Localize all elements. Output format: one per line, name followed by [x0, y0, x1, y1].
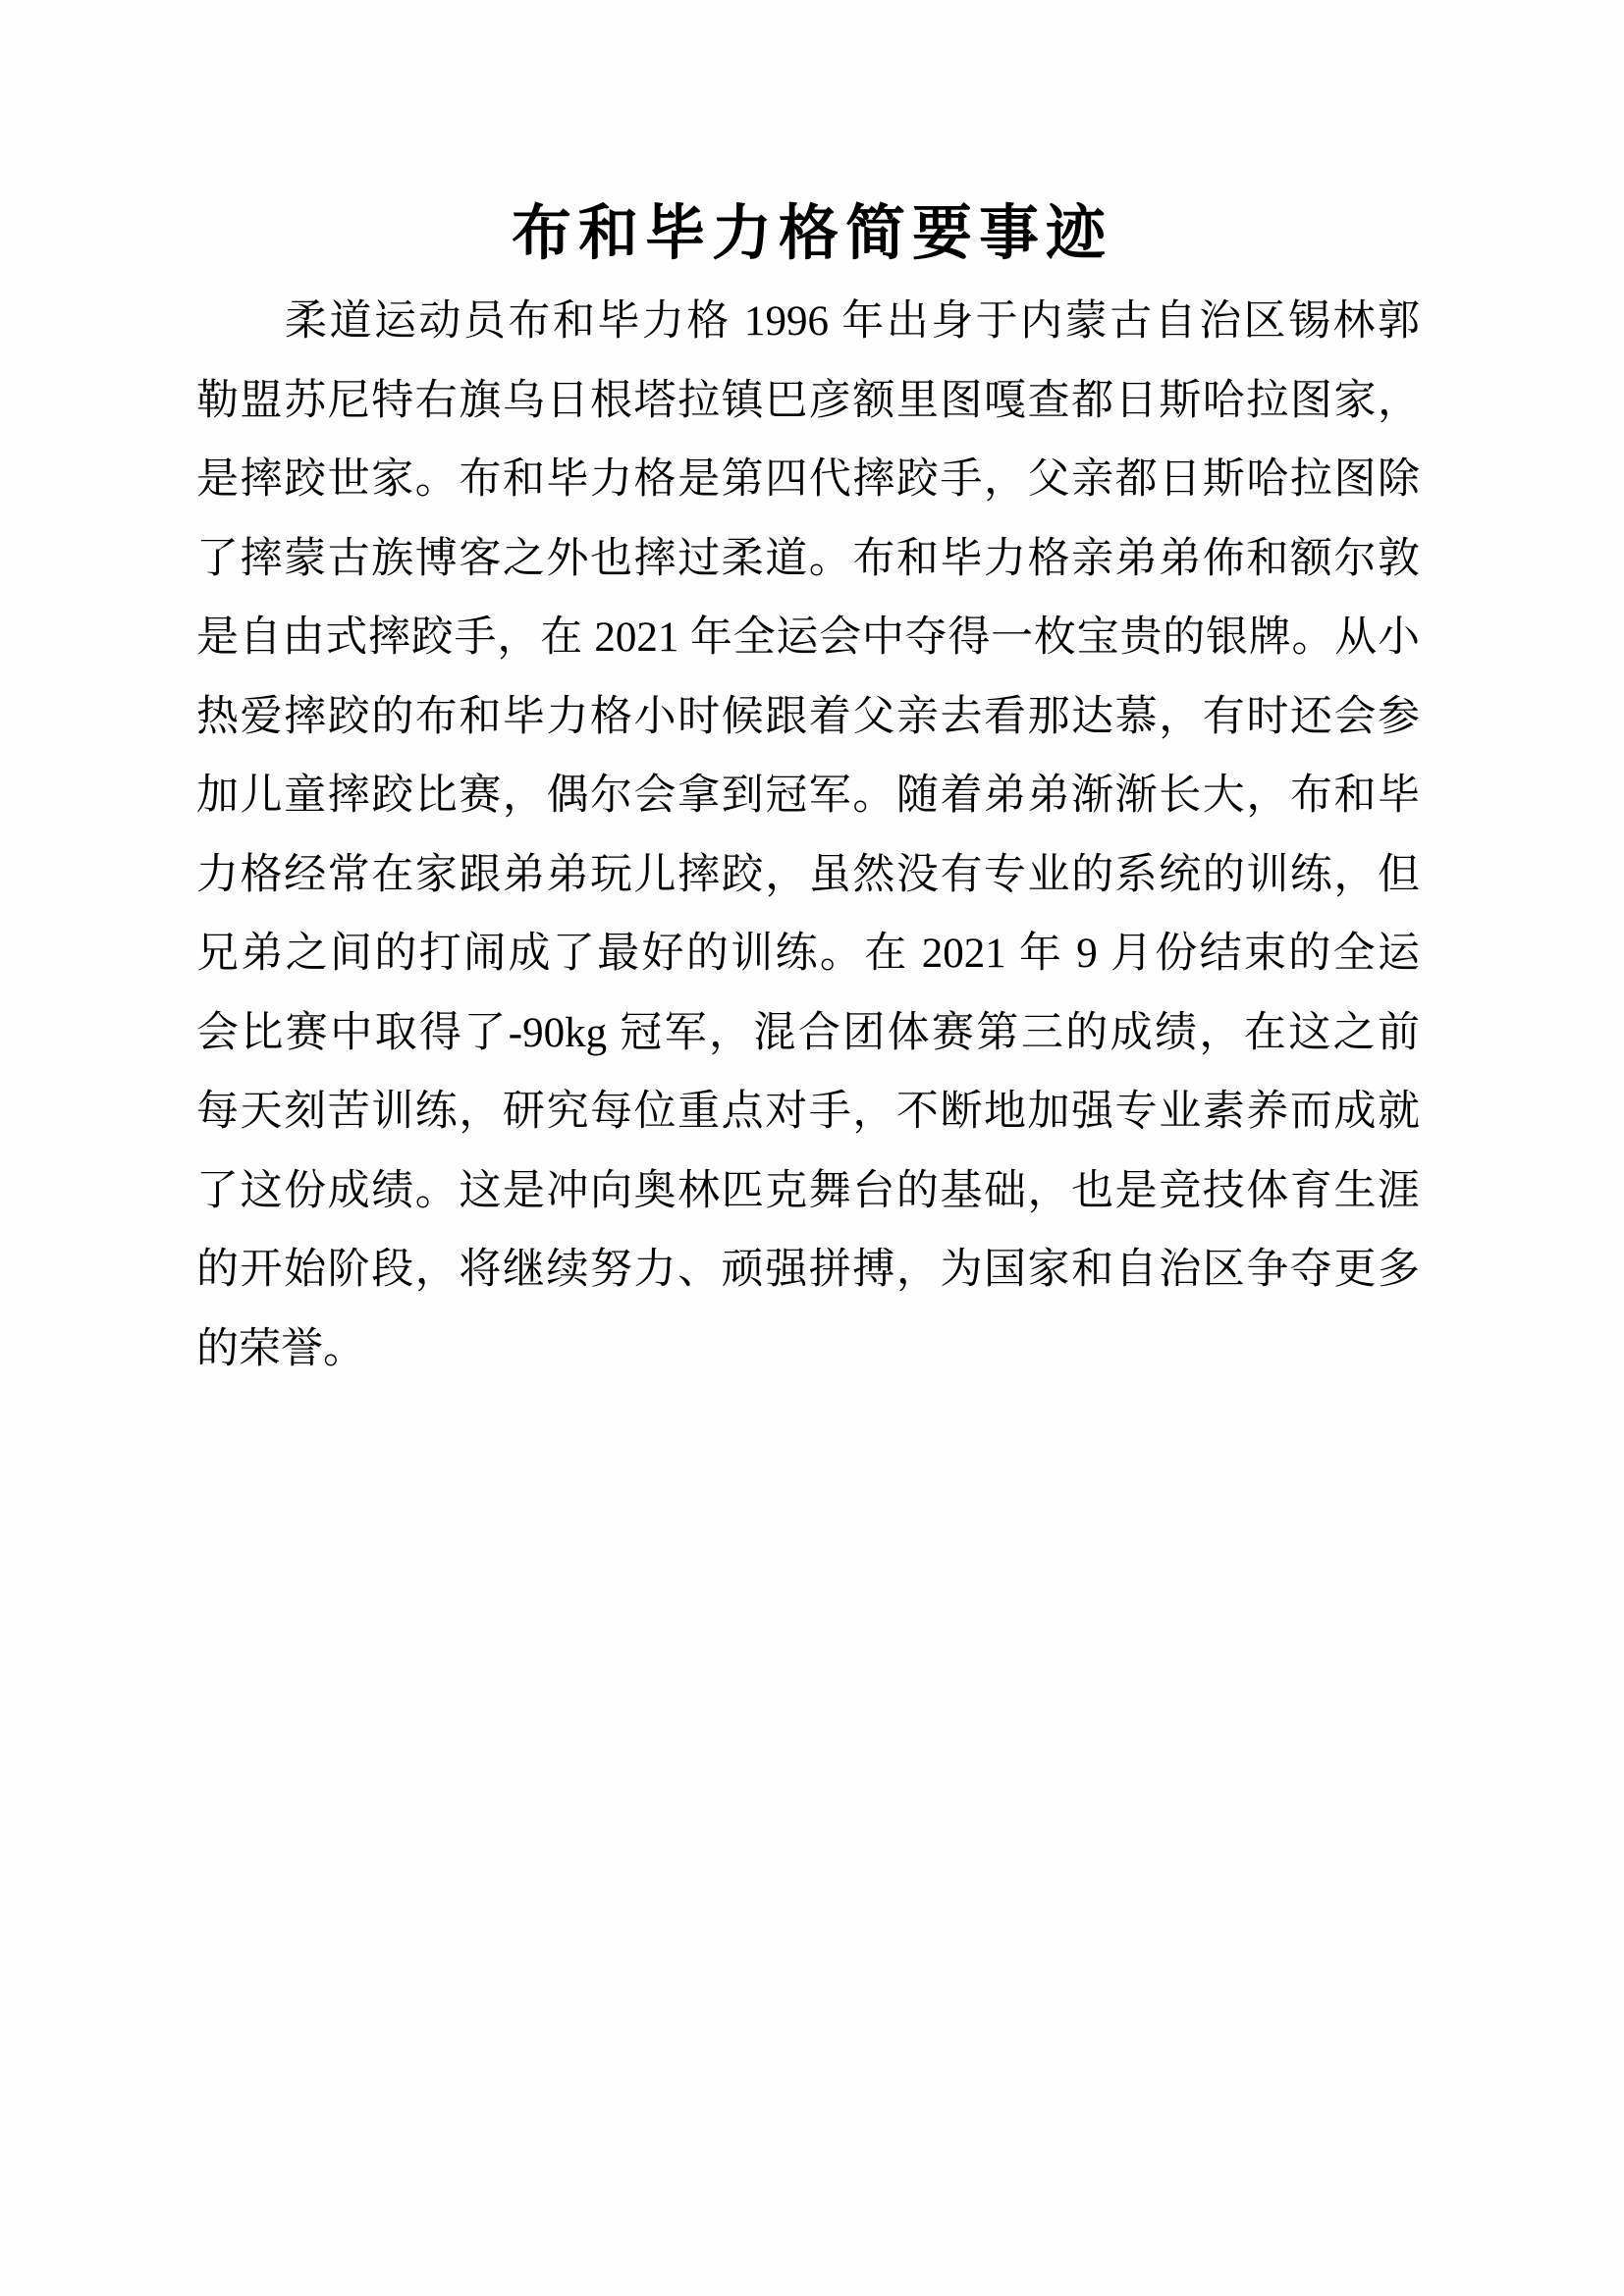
paragraph-line: 加儿童摔跤比赛，偶尔会拿到冠军。随着弟弟渐渐长大，布和毕 [196, 757, 1420, 836]
paragraph-line: 会比赛中取得了-90kg 冠军，混合团体赛第三的成绩，在这之前 [196, 994, 1420, 1074]
paragraph-line: 的荣誉。 [196, 1310, 1420, 1390]
paragraph-line: 热爱摔跤的布和毕力格小时候跟着父亲去看那达慕，有时还会参 [196, 678, 1420, 758]
document-page: 布和毕力格简要事迹 柔道运动员布和毕力格 1996 年出身于内蒙古自治区锡林郭 … [0, 0, 1624, 2296]
paragraph-line: 了这份成绩。这是冲向奥林匹克舞台的基础，也是竞技体育生涯 [196, 1152, 1420, 1232]
document-title: 布和毕力格简要事迹 [0, 194, 1624, 275]
document-body: 柔道运动员布和毕力格 1996 年出身于内蒙古自治区锡林郭 勒盟苏尼特右旗乌日根… [196, 283, 1420, 1389]
paragraph-line: 勒盟苏尼特右旗乌日根塔拉镇巴彦额里图嘎查都日斯哈拉图家， [196, 362, 1420, 442]
paragraph-line: 每天刻苦训练，研究每位重点对手，不断地加强专业素养而成就 [196, 1073, 1420, 1152]
paragraph-line: 是摔跤世家。布和毕力格是第四代摔跤手，父亲都日斯哈拉图除 [196, 441, 1420, 520]
paragraph-line: 是自由式摔跤手，在 2021 年全运会中夺得一枚宝贵的银牌。从小 [196, 599, 1420, 678]
paragraph-line: 了摔蒙古族博客之外也摔过柔道。布和毕力格亲弟弟佈和额尔敦 [196, 520, 1420, 600]
paragraph-line: 力格经常在家跟弟弟玩儿摔跤，虽然没有专业的系统的训练，但 [196, 836, 1420, 916]
paragraph-line: 的开始阶段，将继续努力、顽强拼搏，为国家和自治区争夺更多 [196, 1231, 1420, 1310]
paragraph-line: 兄弟之间的打闹成了最好的训练。在 2021 年 9 月份结束的全运 [196, 915, 1420, 994]
paragraph-line: 柔道运动员布和毕力格 1996 年出身于内蒙古自治区锡林郭 [196, 283, 1420, 362]
